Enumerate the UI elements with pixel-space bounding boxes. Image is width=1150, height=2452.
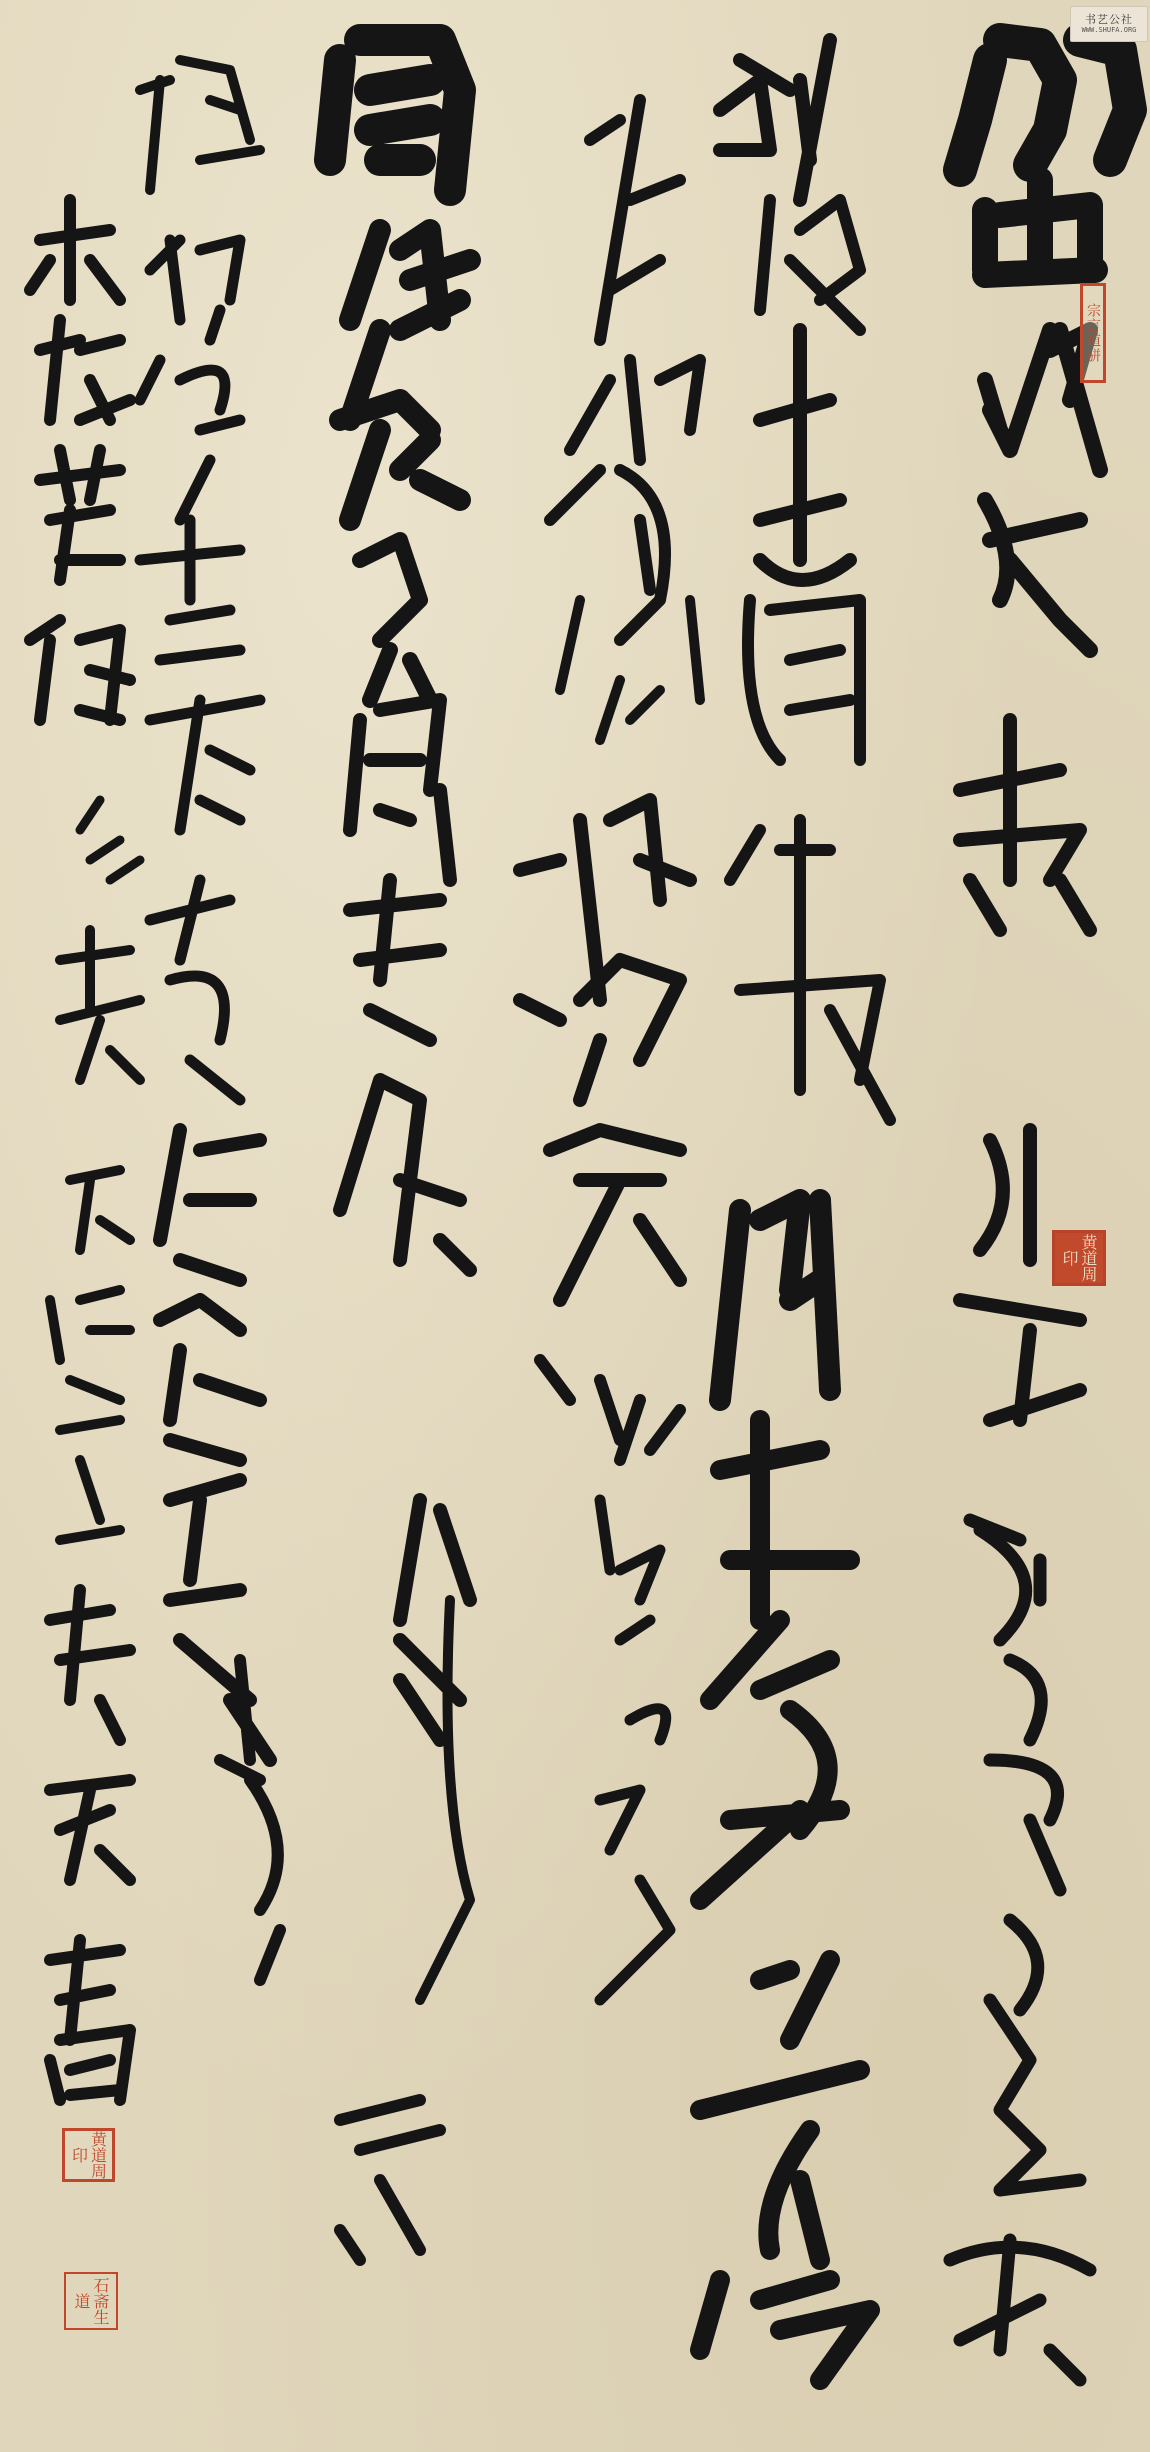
- column-5-ink: [140, 60, 280, 1980]
- column-2-ink: [700, 40, 890, 2380]
- watermark-url: WWW.SHUFA.ORG: [1082, 26, 1137, 35]
- watermark-title: 书艺公社: [1085, 13, 1133, 26]
- column-1-ink: [950, 40, 1130, 2380]
- column-4-ink: [330, 40, 470, 2260]
- seal-top-right: 宗言道骈: [1080, 283, 1106, 383]
- seal-bottom-left-2: 石斋生道: [64, 2272, 118, 2330]
- seal-bottom-left-1-text: 黄道周印: [70, 2131, 108, 2179]
- column-3-ink: [520, 100, 700, 2000]
- seal-bottom-left-2-text: 石斋生道: [72, 2274, 110, 2328]
- seal-bottom-left-1: 黄道周印: [62, 2128, 115, 2182]
- watermark-badge: 书艺公社 WWW.SHUFA.ORG: [1070, 6, 1148, 42]
- seal-mid-right-text: 黄道周印: [1060, 1233, 1098, 1283]
- column-6-ink: [30, 200, 140, 2100]
- seal-mid-right: 黄道周印: [1052, 1230, 1106, 1286]
- calligraphy-ink: [0, 0, 1150, 2452]
- seal-top-right-text: 宗言道骈: [1083, 303, 1103, 363]
